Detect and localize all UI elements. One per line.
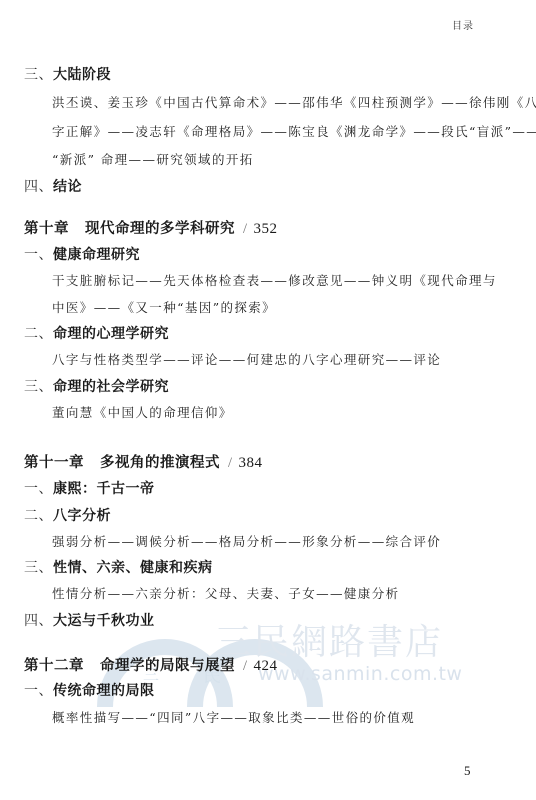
toc-section-heading[interactable]: 三、大陆阶段 <box>24 64 111 84</box>
section-title: 八字分析 <box>53 508 111 524</box>
toc-entry-line: 字正解》——凌志轩《命理格局》——陈宝良《渊龙命学》——段氏“盲派”—— <box>52 122 536 140</box>
section-number: 一、 <box>24 247 53 263</box>
section-number: 一、 <box>24 683 53 699</box>
section-number: 一、 <box>24 481 53 497</box>
toc-entry-line: 八字与性格类型学——评论——何建忠的八字心理研究——评论 <box>52 350 441 368</box>
section-title: 命理的心理学研究 <box>53 326 169 342</box>
toc-entry-line: 董向慧《中国人的命理信仰》 <box>52 403 233 421</box>
toc-chapter-heading[interactable]: 第十章现代命理的多学科研究/352 <box>24 217 278 238</box>
toc-section-heading[interactable]: 一、康熙：千古一帝 <box>24 478 155 498</box>
toc-entry-line: 性情分析——六亲分析：父母、夫妻、子女——健康分析 <box>52 584 400 602</box>
toc-section-heading[interactable]: 一、传统命理的局限 <box>24 680 155 700</box>
toc-section-heading[interactable]: 三、性情、六亲、健康和疾病 <box>24 557 213 577</box>
toc-section-heading[interactable]: 三、命理的社会学研究 <box>24 376 169 396</box>
section-title: 健康命理研究 <box>53 247 140 263</box>
section-title: 性情、六亲、健康和疾病 <box>53 560 213 576</box>
section-title: 结论 <box>53 179 82 195</box>
chapter-label: 第十二章 <box>24 658 84 674</box>
chapter-label: 第十章 <box>24 221 69 237</box>
chapter-title: 命理学的局限与展望 <box>100 658 235 674</box>
section-number: 四、 <box>24 613 53 629</box>
running-header: 目录 <box>452 17 474 32</box>
toc-section-heading[interactable]: 二、八字分析 <box>24 505 111 525</box>
section-number: 三、 <box>24 379 53 395</box>
page-separator: / <box>243 658 248 674</box>
chapter-title: 多视角的推演程式 <box>100 455 220 471</box>
toc-section-heading[interactable]: 二、命理的心理学研究 <box>24 323 169 343</box>
section-title: 传统命理的局限 <box>53 683 155 699</box>
toc-entry-line: 强弱分析——调候分析——格局分析——形象分析——综合评价 <box>52 532 441 550</box>
chapter-page-number: 352 <box>254 221 278 237</box>
toc-chapter-heading[interactable]: 第十一章多视角的推演程式/384 <box>24 451 263 472</box>
toc-entry-line: 中医》——《又一种“基因”的探索》 <box>52 298 276 316</box>
chapter-page-number: 424 <box>254 658 278 674</box>
section-title: 命理的社会学研究 <box>53 379 169 395</box>
section-number: 四、 <box>24 179 53 195</box>
toc-entry-line: “新派” 命理——研究领域的开拓 <box>52 150 254 168</box>
chapter-title: 现代命理的多学科研究 <box>85 221 235 237</box>
toc-entry-line: 概率性描写——“四同”八字——取象比类——世俗的价值观 <box>52 708 415 726</box>
toc-entry-line: 干支脏腑标记——先天体格检查表——修改意见——钟义明《现代命理与 <box>52 271 497 289</box>
toc-section-heading[interactable]: 四、大运与千秋功业 <box>24 610 155 630</box>
section-number: 三、 <box>24 560 53 576</box>
section-number: 二、 <box>24 326 53 342</box>
section-title: 大陆阶段 <box>53 67 111 83</box>
chapter-page-number: 384 <box>239 455 263 471</box>
section-number: 三、 <box>24 67 53 83</box>
section-number: 二、 <box>24 508 53 524</box>
chapter-label: 第十一章 <box>24 455 84 471</box>
page-number: 5 <box>464 763 471 779</box>
toc-section-heading[interactable]: 一、健康命理研究 <box>24 244 140 264</box>
page-separator: / <box>243 221 248 237</box>
toc-chapter-heading[interactable]: 第十二章命理学的局限与展望/424 <box>24 654 278 675</box>
document-page: 目录 三 民 三民網路書店 www.sanmin.com.tw 三、大陆阶段 洪… <box>0 0 536 800</box>
toc-entry-line: 洪丕谟、姜玉珍《中国古代算命术》——邵伟华《四柱预测学》——徐伟刚《八 <box>52 93 536 111</box>
toc-section-heading[interactable]: 四、结论 <box>24 176 82 196</box>
watermark-url: www.sanmin.com.tw <box>258 663 462 685</box>
section-title: 康熙：千古一帝 <box>53 481 155 497</box>
section-title: 大运与千秋功业 <box>53 613 155 629</box>
page-separator: / <box>228 455 233 471</box>
